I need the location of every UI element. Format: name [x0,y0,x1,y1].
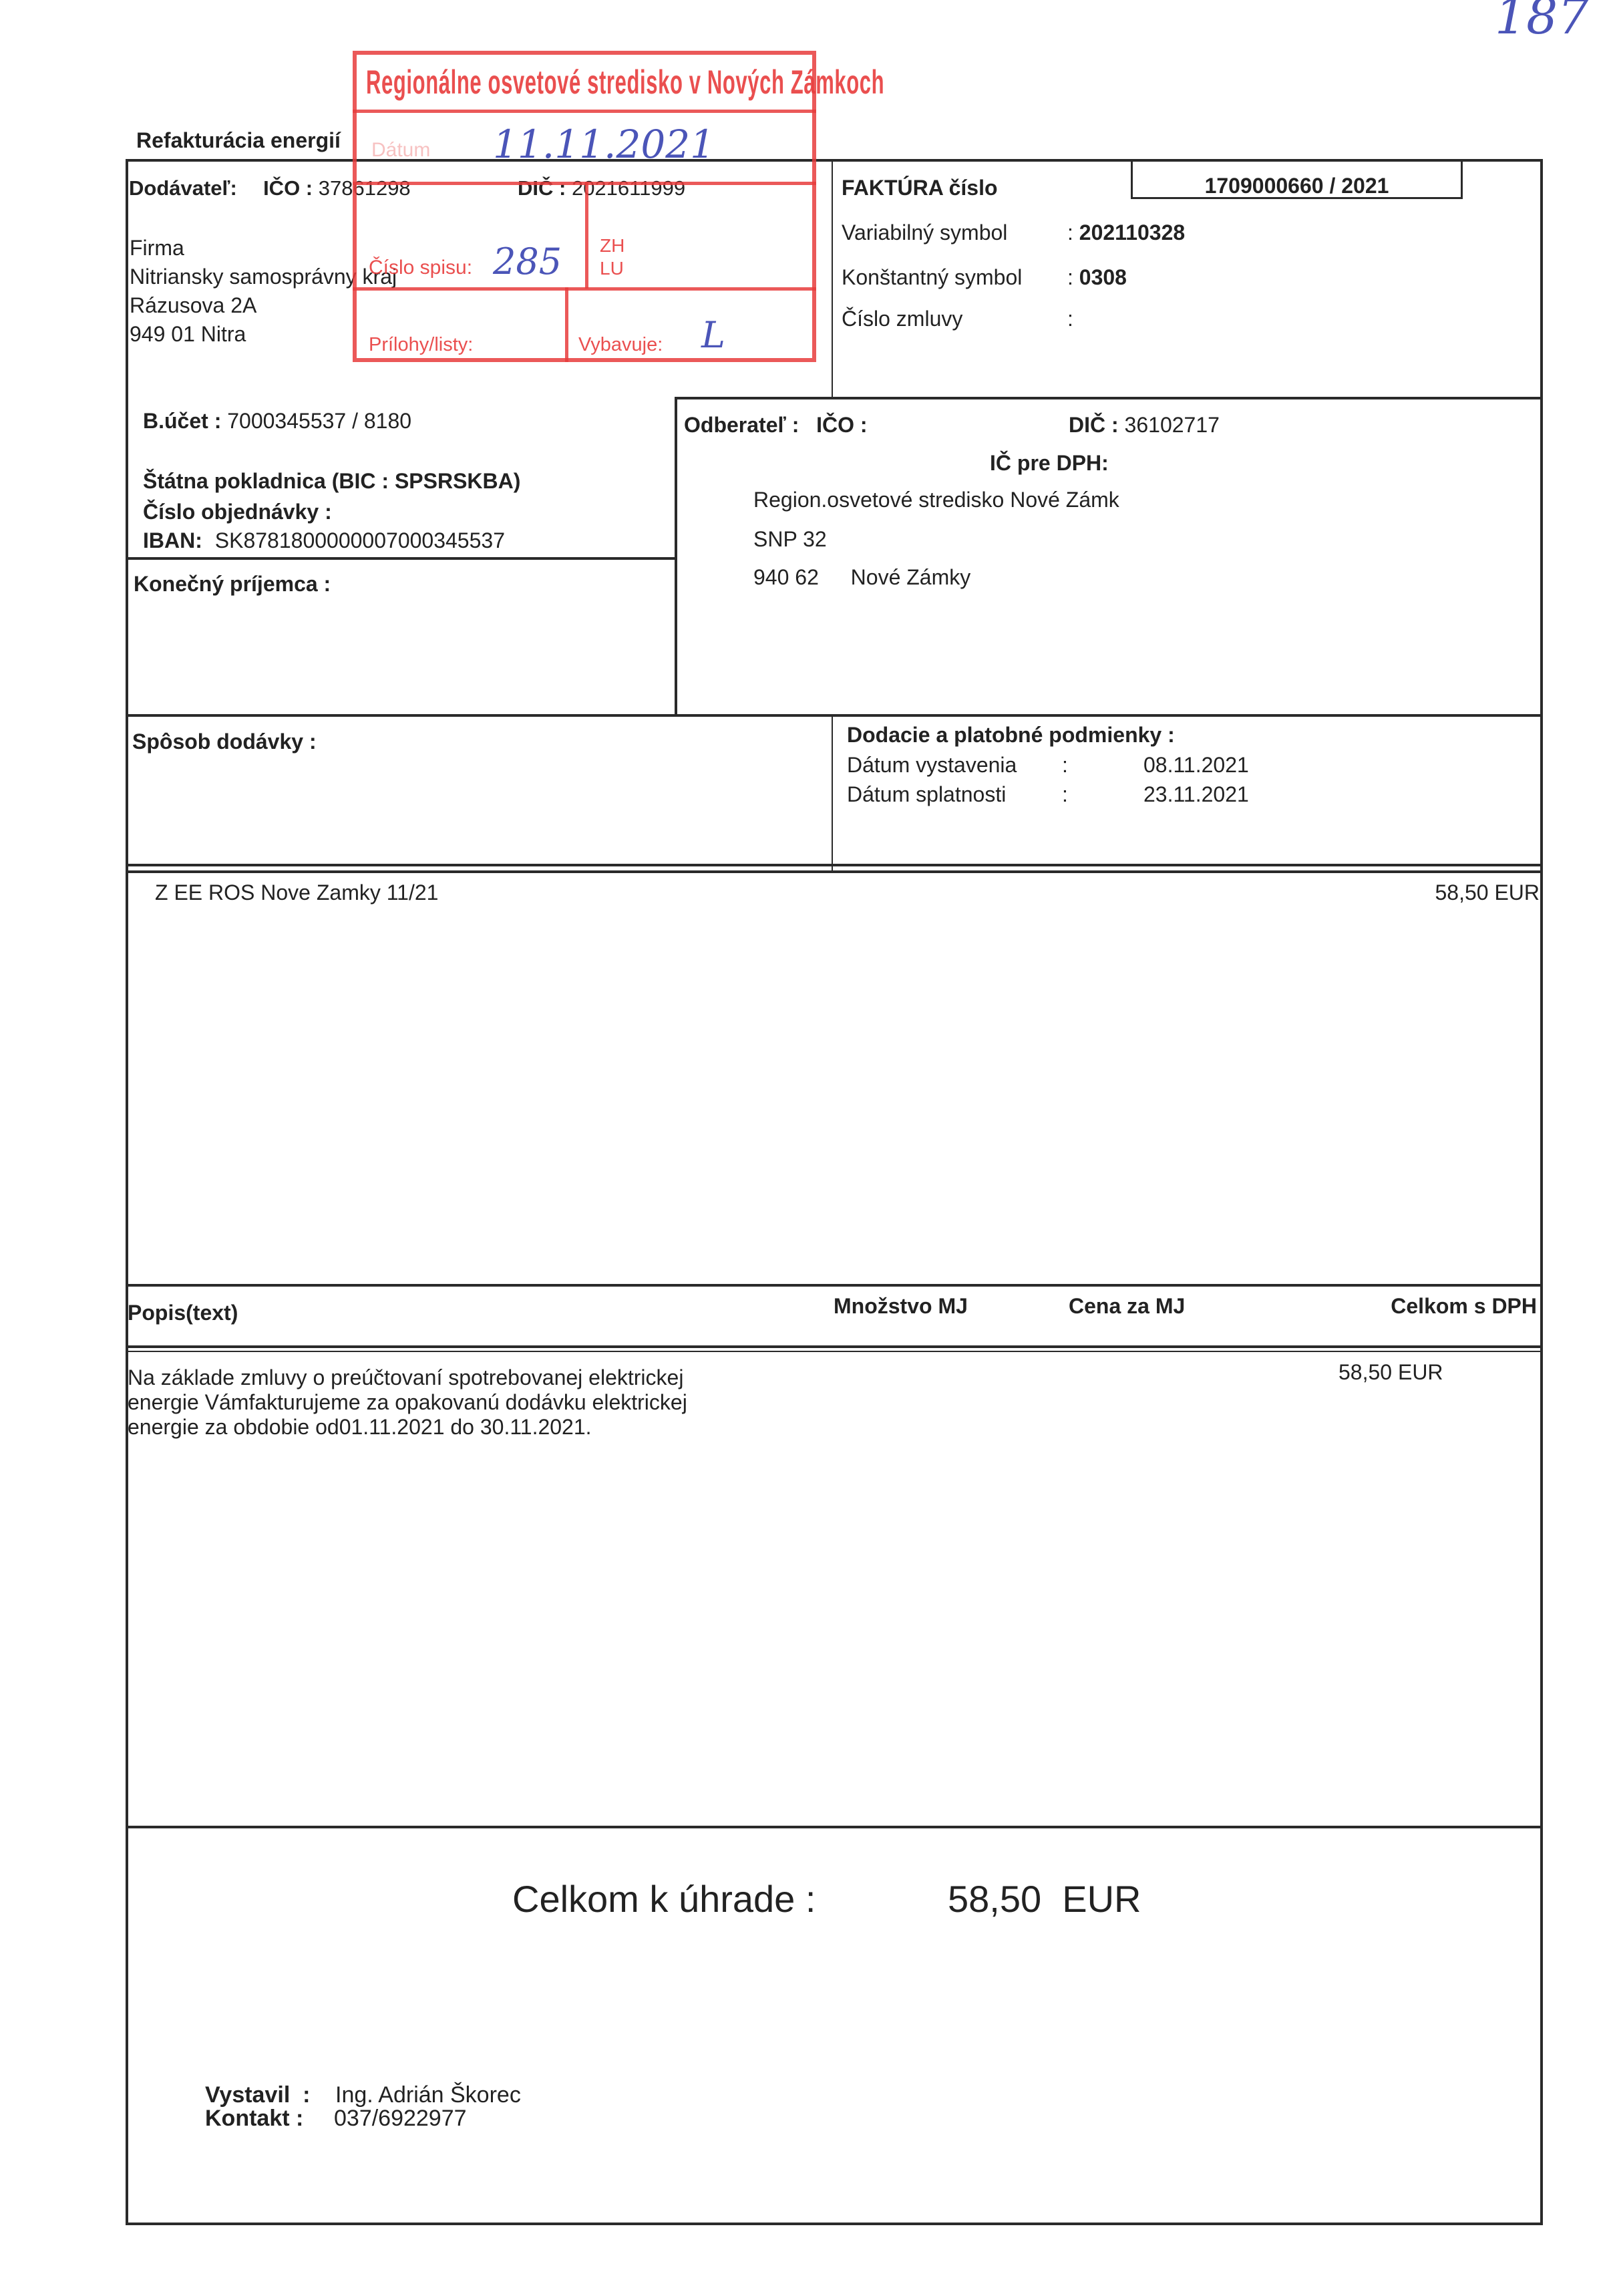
item-description-line: energie Vámfakturujeme za opakovanú dodá… [128,1390,687,1415]
customer-label: Odberateľ : [684,413,799,437]
customer-name: Region.osvetové stredisko Nové Zámk [753,488,1119,512]
customer-zip: 940 62 [753,565,819,589]
delivery-terms-label: Dodacie a platobné podmienky : [847,723,1175,748]
column-header-total: Celkom s DPH [1391,1294,1537,1319]
variable-symbol-value: 202110328 [1079,220,1185,244]
issue-date: 08.11.2021 [1143,753,1249,778]
stamp-file-number-label: Číslo spisu: [369,257,472,279]
bank-name: Štátna pokladnica (BIC : SPSRSKBA) [143,469,520,494]
contract-number-label: Číslo zmluvy [842,307,962,331]
constant-symbol-label: Konštantný symbol [842,265,1022,290]
delivery-method-label: Spôsob dodávky : [132,729,317,754]
supplier-label: Dodávateľ: [129,176,237,200]
constant-symbol-value: 0308 [1079,265,1127,289]
stamp-code-lu: LU [600,258,624,279]
customer-dic: 36102717 [1125,413,1220,437]
stamp-code-zh: ZH [600,235,624,257]
document-title: Refakturácia energií [136,128,341,153]
invoice-label: FAKTÚRA číslo [842,176,998,200]
due-date-label: Dátum splatnosti [847,782,1006,807]
final-recipient-label: Konečný príjemca : [134,572,331,597]
customer-street: SNP 32 [753,527,827,552]
contact-label: Kontakt : [205,2106,303,2132]
stamp-date-handwritten: 11.11.2021 [493,122,715,167]
due-date: 23.11.2021 [1143,782,1249,807]
item-description-line: energie za obdobie od01.11.2021 do 30.11… [128,1415,687,1440]
invoice-number: 1709000660 / 2021 [1131,174,1463,198]
stamp-file-number-handwritten: 285 [493,240,562,283]
customer-vat-label: IČ pre DPH: [990,451,1109,476]
issued-by: Ing. Adrián Škorec [335,2082,521,2108]
stamp-attachments-label: Prílohy/listy: [369,334,473,356]
variable-symbol-label: Variabilný symbol [842,220,1007,245]
iban: SK8781800000007000345537 [215,528,505,552]
item-total: 58,50 EUR [1338,1360,1443,1385]
issue-date-label: Dátum vystavenia [847,753,1017,778]
stamp-handled-by-handwritten: L [701,314,725,356]
handwritten-page-number: 187 [1495,0,1589,45]
issued-by-label: Vystavil : [205,2082,310,2108]
stamp-date-label: Dátum [371,139,430,162]
column-header-quantity: Množstvo MJ [834,1294,968,1319]
bank-account: 7000345537 / 8180 [227,409,411,433]
summary-line-text: Z EE ROS Nove Zamky 11/21 [155,880,438,905]
bank-account-label: B.účet : [143,409,221,433]
stamp-title: Regionálne osvetové stredisko v Nových Z… [366,63,884,102]
iban-label: IBAN: [143,528,202,552]
stamp-handled-by-label: Vybavuje: [578,334,663,356]
summary-line-amount: 58,50 EUR [1435,880,1540,905]
contact: 037/6922977 [334,2106,467,2132]
supplier-ico-label: IČO : [263,176,313,200]
total-label: Celkom k úhrade : [512,1877,816,1921]
total-amount: 58,50 EUR [948,1877,1141,1921]
item-description-line: Na základe zmluvy o preúčtovaní spotrebo… [128,1365,687,1390]
customer-city: Nové Zámky [851,565,971,589]
column-header-unit-price: Cena za MJ [1069,1294,1185,1319]
item-description: Na základe zmluvy o preúčtovaní spotrebo… [128,1365,687,1440]
order-number-label: Číslo objednávky : [143,500,332,524]
column-header-description: Popis(text) [128,1301,238,1325]
customer-dic-label: DIČ : [1069,413,1119,437]
customer-ico-label: IČO : [816,413,867,437]
